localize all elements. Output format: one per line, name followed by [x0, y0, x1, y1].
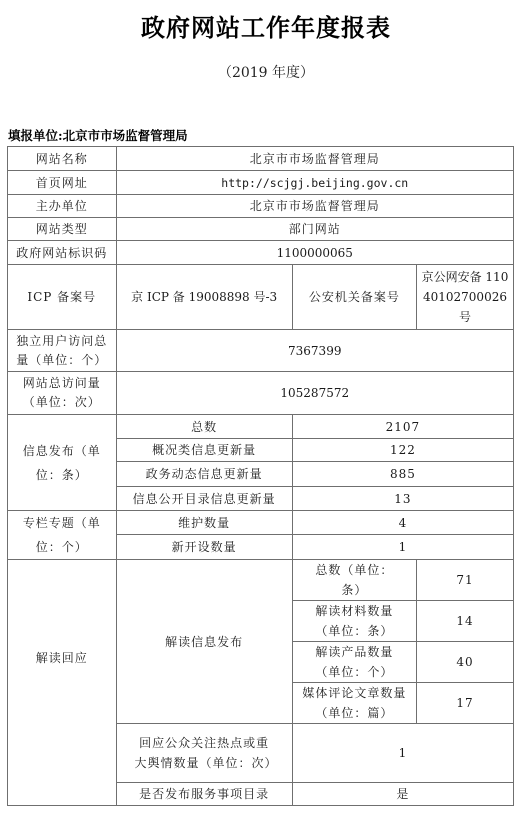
value-news-updates: 885: [292, 462, 513, 487]
label-public-response: 回应公众关注热点或重大舆情数量（单位：次）: [116, 724, 292, 783]
label-total-visits: 网站总访问量（单位：次）: [8, 372, 117, 415]
label-interpretation: 解读回应: [8, 560, 117, 806]
label-interpretation-publish: 解读信息发布: [116, 560, 292, 724]
label-icp: ICP 备案号: [8, 265, 117, 330]
report-year: （2019 年度）: [0, 62, 532, 82]
page-title: 政府网站工作年度报表: [0, 8, 532, 43]
value-public-response: 1: [292, 724, 513, 783]
value-site-id: 1100000065: [116, 241, 514, 265]
value-interp-total: 71: [416, 560, 513, 601]
value-homepage: http://scjgj.beijing.gov.cn: [116, 171, 514, 195]
value-police-record: 京公网安备 11040102700026 号: [416, 265, 513, 330]
label-new-topics: 新开设数量: [116, 535, 292, 560]
value-service-catalog: 是: [292, 783, 513, 806]
label-interp-products: 解读产品数量（单位：个）: [292, 642, 416, 683]
table-row: 网站总访问量（单位：次） 105287572: [8, 372, 514, 415]
label-unique-visitors: 独立用户访问总量（单位：个）: [8, 330, 117, 372]
table-row: 专栏专题（单位：个） 维护数量 4: [8, 511, 514, 535]
table-row: 解读回应 解读信息发布 总数（单位：条） 71: [8, 560, 514, 601]
table-row: 网站名称 北京市市场监督管理局: [8, 147, 514, 171]
value-site-type: 部门网站: [116, 218, 514, 241]
value-media-articles: 17: [416, 683, 513, 724]
value-sponsor: 北京市市场监督管理局: [116, 195, 514, 218]
label-news-updates: 政务动态信息更新量: [116, 462, 292, 487]
label-media-articles: 媒体评论文章数量（单位：篇）: [292, 683, 416, 724]
label-maintained: 维护数量: [116, 511, 292, 535]
value-interp-materials: 14: [416, 601, 513, 642]
value-catalog-updates: 13: [292, 487, 513, 511]
label-homepage: 首页网址: [8, 171, 117, 195]
value-site-name: 北京市市场监督管理局: [116, 147, 514, 171]
value-unique-visitors: 7367399: [116, 330, 514, 372]
label-interp-materials: 解读材料数量（单位：条）: [292, 601, 416, 642]
table-row: ICP 备案号 京 ICP 备 19008898 号-3 公安机关备案号 京公网…: [8, 265, 514, 330]
label-site-type: 网站类型: [8, 218, 117, 241]
table-row: 信息发布（单位：条） 总数 2107: [8, 415, 514, 439]
filing-unit: 填报单位:北京市市场监督管理局: [8, 126, 188, 144]
table-row: 主办单位 北京市市场监督管理局: [8, 195, 514, 218]
label-catalog-updates: 信息公开目录信息更新量: [116, 487, 292, 511]
label-site-id: 政府网站标识码: [8, 241, 117, 265]
table-row: 首页网址 http://scjgj.beijing.gov.cn: [8, 171, 514, 195]
table-row: 网站类型 部门网站: [8, 218, 514, 241]
label-special-topics: 专栏专题（单位：个）: [8, 511, 117, 560]
label-sponsor: 主办单位: [8, 195, 117, 218]
label-info-total: 总数: [116, 415, 292, 439]
label-police-record: 公安机关备案号: [292, 265, 416, 330]
value-total-visits: 105287572: [116, 372, 514, 415]
value-interp-products: 40: [416, 642, 513, 683]
label-service-catalog: 是否发布服务事项目录: [116, 783, 292, 806]
report-table: 网站名称 北京市市场监督管理局 首页网址 http://scjgj.beijin…: [7, 146, 514, 806]
value-overview-updates: 122: [292, 439, 513, 462]
label-info-publish: 信息发布（单位：条）: [8, 415, 117, 511]
table-row: 独立用户访问总量（单位：个） 7367399: [8, 330, 514, 372]
label-overview-updates: 概况类信息更新量: [116, 439, 292, 462]
table-row: 政府网站标识码 1100000065: [8, 241, 514, 265]
value-maintained: 4: [292, 511, 513, 535]
label-interp-total: 总数（单位：条）: [292, 560, 416, 601]
value-info-total: 2107: [292, 415, 513, 439]
value-new-topics: 1: [292, 535, 513, 560]
value-icp: 京 ICP 备 19008898 号-3: [116, 265, 292, 330]
label-site-name: 网站名称: [8, 147, 117, 171]
